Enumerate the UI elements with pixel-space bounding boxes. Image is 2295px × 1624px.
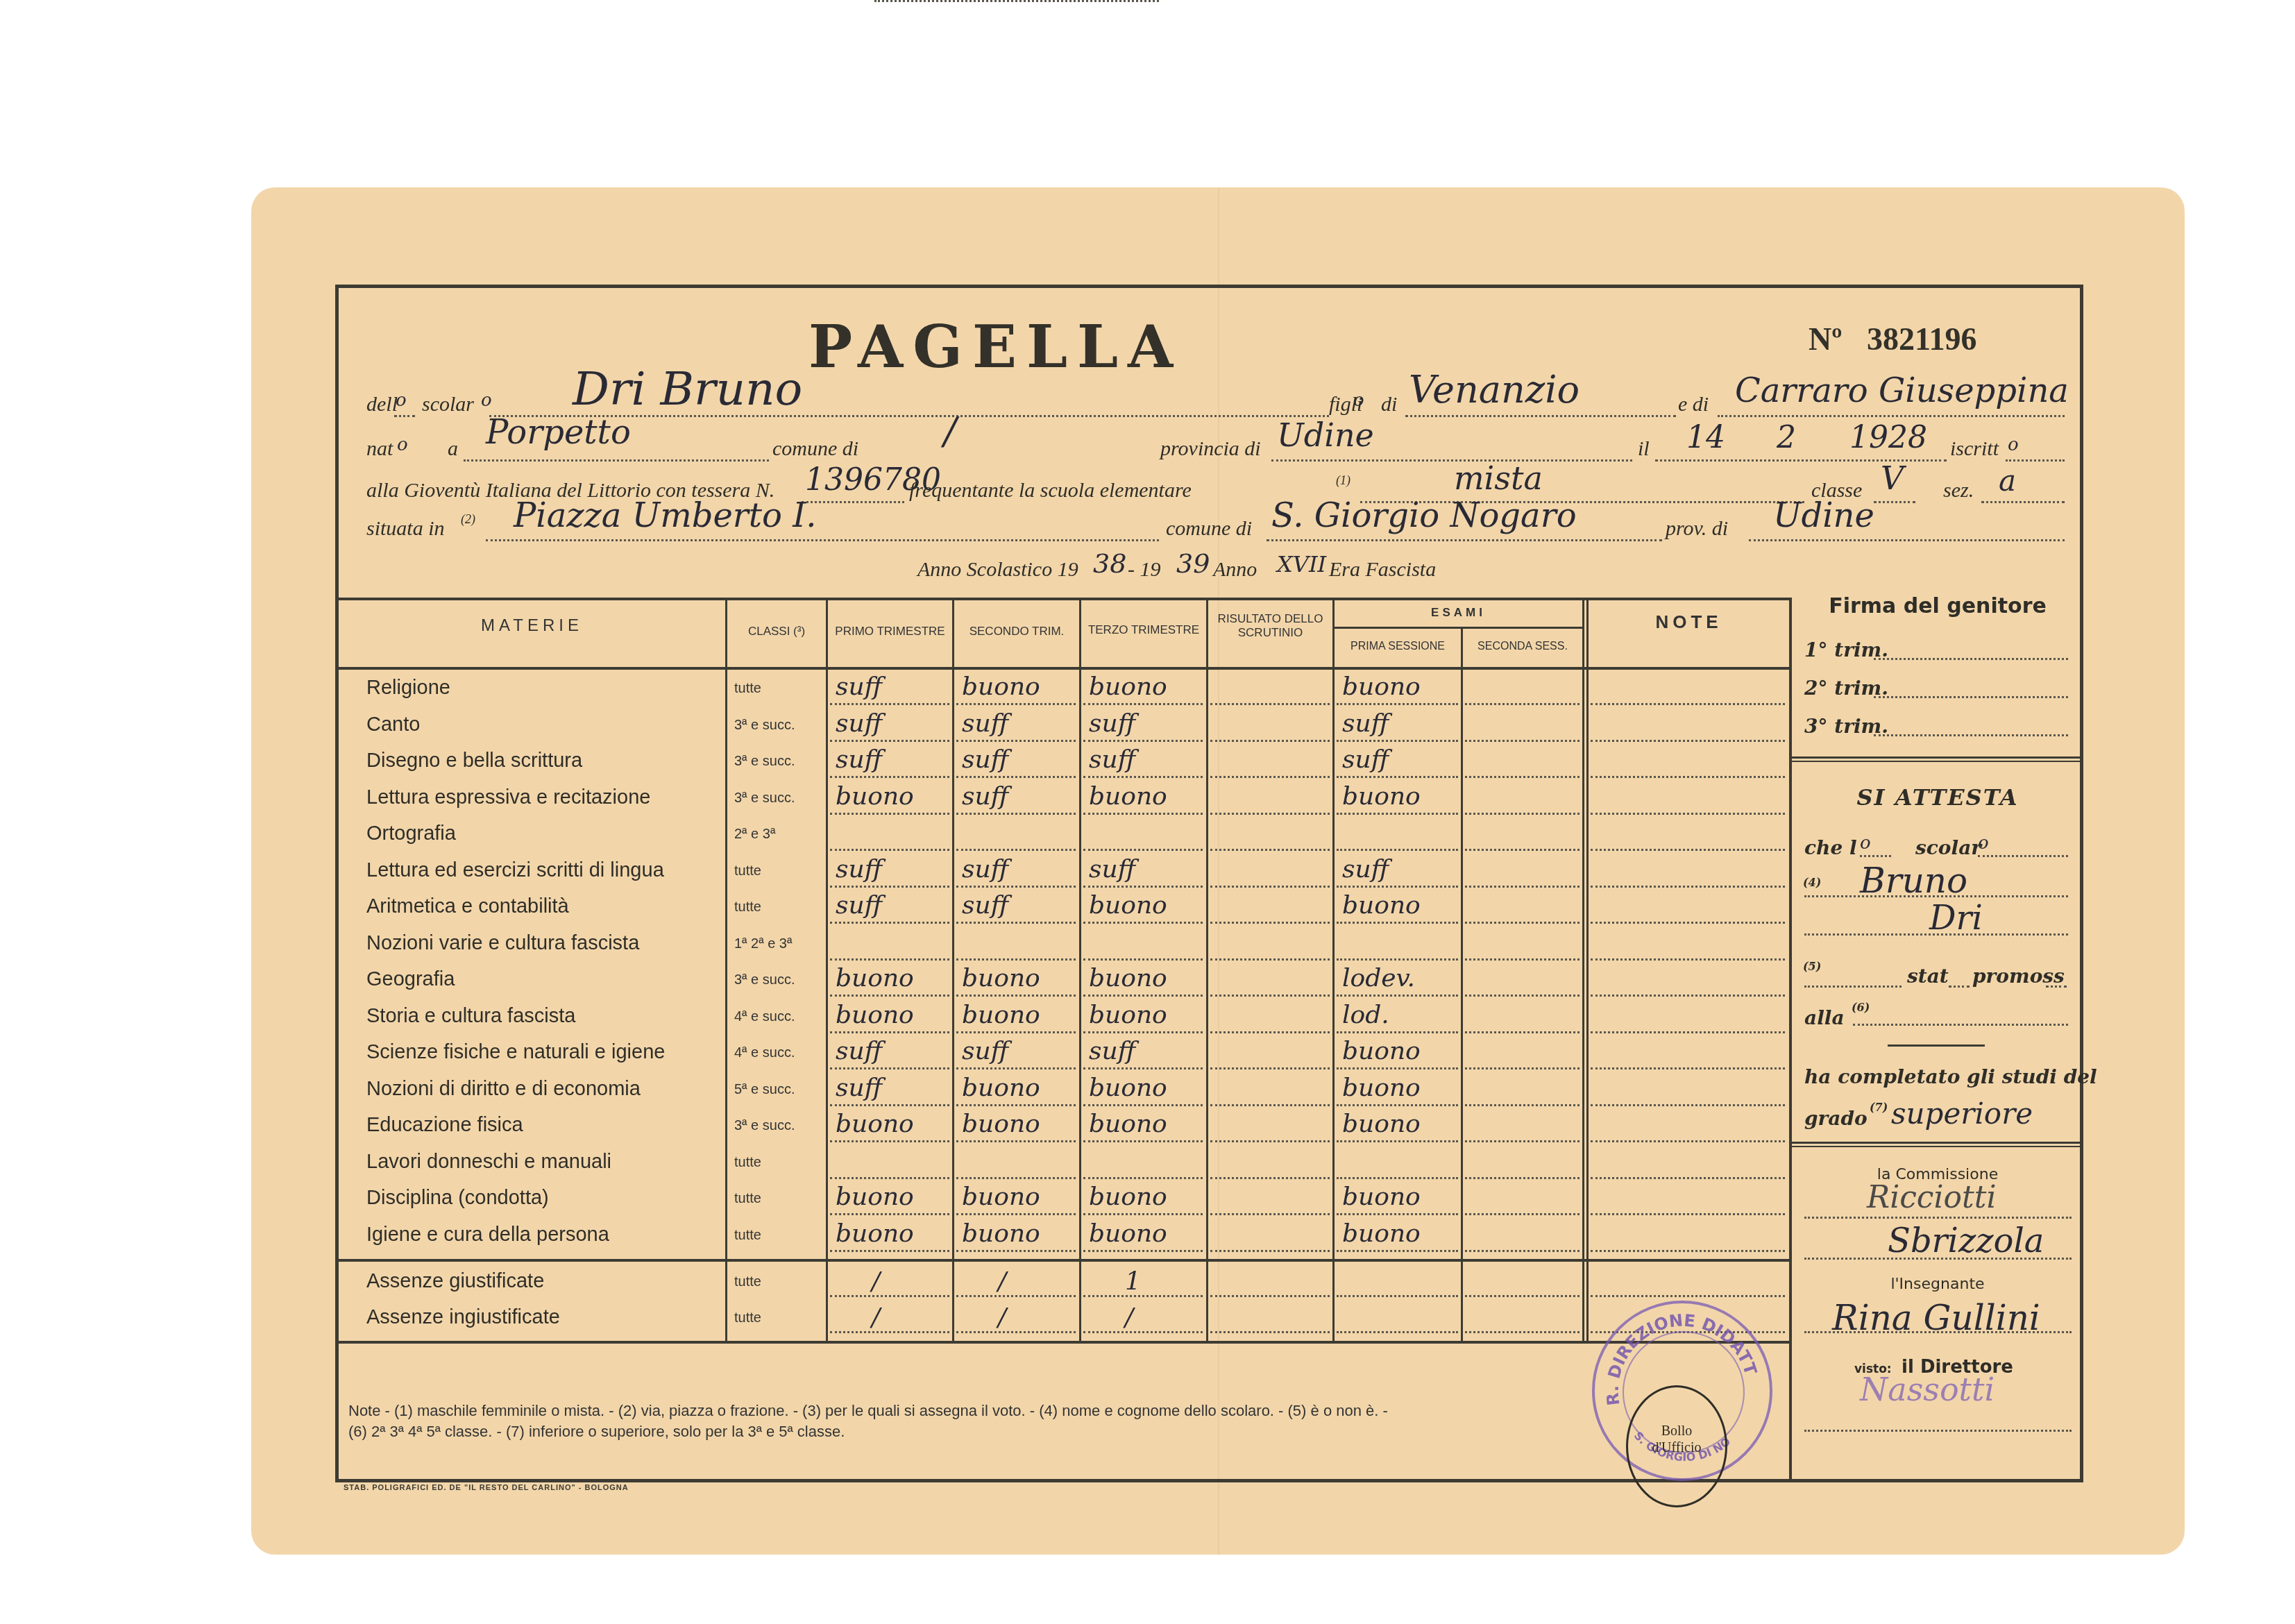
promoss-label: promoss <box>1972 965 2065 988</box>
subject-classes: tutte <box>734 899 761 915</box>
student-name-field[interactable]: Dri Bruno <box>573 362 802 416</box>
grade-cell-secondo[interactable]: suff <box>962 891 1008 920</box>
che-suffix: o <box>1860 833 1871 854</box>
address-field[interactable]: Piazza Umberto I. <box>514 496 816 535</box>
insegnante-label: l'Insegnante <box>1792 1276 2083 1293</box>
firma-genitore-title: Firma del genitore <box>1792 594 2083 618</box>
footnote-4: (4) <box>1803 876 1821 889</box>
subject-name: Ortografia <box>366 822 456 845</box>
subject-name: Igiene e cura della persona <box>366 1224 609 1246</box>
subject-name: Geografia <box>366 968 455 991</box>
grade-cell-terzo[interactable]: buono <box>1089 1001 1167 1029</box>
header-note: NOTE <box>1589 615 1789 629</box>
frequentante-footnote: (1) <box>1336 473 1350 488</box>
subject-classes: tutte <box>734 681 761 697</box>
direttore-signature: Nassotti <box>1860 1371 1995 1408</box>
attesta-last-name[interactable]: Dri <box>1929 899 1983 938</box>
nat-label: nat <box>366 437 393 461</box>
grade-cell-prima[interactable]: lod. <box>1342 1001 1389 1029</box>
stat-label: stat <box>1907 965 1949 988</box>
father-name-field[interactable]: Venanzio <box>1409 368 1580 412</box>
grade-cell-terzo[interactable]: buono <box>1089 891 1167 920</box>
subject-classes: 5ª e succ. <box>734 1082 795 1098</box>
comune-school-label: comune di <box>1166 517 1252 541</box>
subject-classes: tutte <box>734 863 761 879</box>
absence-cell-secondo[interactable]: / <box>998 1267 1006 1296</box>
subject-name: Disciplina (condotta) <box>366 1187 549 1210</box>
comune-field[interactable]: / <box>944 409 956 453</box>
grado-value[interactable]: superiore <box>1891 1097 2033 1131</box>
era-fascista-label: Era Fascista <box>1329 558 1436 582</box>
grade-cell-secondo[interactable]: suff <box>962 709 1008 738</box>
subject-name: Disegno e bella scrittura <box>366 750 582 772</box>
grade-cell-terzo[interactable]: suff <box>1089 709 1135 738</box>
birth-day-field[interactable]: 14 <box>1686 420 1725 455</box>
grade-cell-secondo[interactable]: buono <box>962 1074 1040 1102</box>
mother-name-field[interactable]: Carraro Giuseppina <box>1735 371 2069 410</box>
grade-cell-secondo[interactable]: buono <box>962 1110 1040 1138</box>
prov-field[interactable]: Udine <box>1773 496 1874 535</box>
grade-cell-terzo[interactable]: buono <box>1089 1110 1167 1138</box>
anno-scolastico-label: Anno Scolastico 19 <box>917 558 1078 582</box>
header-classi: CLASSI (³) <box>727 625 826 638</box>
grade-cell-secondo[interactable]: buono <box>962 1183 1040 1211</box>
grade-cell-secondo[interactable]: buono <box>962 964 1040 992</box>
grade-cell-primo[interactable]: suff <box>836 855 882 883</box>
subject-name: Canto <box>366 713 420 736</box>
grade-cell-secondo[interactable]: suff <box>962 855 1008 883</box>
grade-cell-primo[interactable]: suff <box>836 673 882 701</box>
absence-cell-primo[interactable]: / <box>872 1267 880 1296</box>
grade-cell-primo[interactable]: buono <box>836 1110 914 1138</box>
alla-field[interactable] <box>1853 1024 2068 1026</box>
grade-cell-prima[interactable]: buono <box>1342 1037 1421 1065</box>
si-attesta-title: SI ATTESTA <box>1792 784 2083 811</box>
provincia-label: provincia di <box>1160 437 1261 461</box>
document-number: 3821196 <box>1867 321 1976 357</box>
absence-label: Assenze giustificate <box>366 1270 544 1293</box>
grade-cell-secondo[interactable]: buono <box>962 1219 1040 1248</box>
alla-label: alla <box>1804 1006 1845 1029</box>
anno-fascista-field[interactable]: XVII <box>1277 551 1326 577</box>
subject-name: Lettura espressiva e recitazione <box>366 786 650 809</box>
absence-classes: tutte <box>734 1310 761 1326</box>
figlio-suffix: o <box>1353 390 1364 411</box>
sez-label: sez. <box>1943 479 1974 502</box>
subject-classes: tutte <box>734 1191 761 1207</box>
situata-label: situata in <box>366 517 445 541</box>
subject-classes: 1ª 2ª e 3ª <box>734 936 792 952</box>
bollo-text: Bollo d'Ufficio <box>1626 1423 1727 1456</box>
subject-name: Aritmetica e contabilità <box>366 895 569 918</box>
grade-cell-primo[interactable]: buono <box>836 1183 914 1211</box>
frequentante-label: frequentante la scuola elementare <box>909 479 1192 502</box>
subject-classes: 3ª e succ. <box>734 754 795 770</box>
subject-classes: 3ª e succ. <box>734 718 795 734</box>
header-prima-sessione: PRIMA SESSIONE <box>1335 640 1461 654</box>
di-label: di <box>1381 393 1397 416</box>
subject-classes: tutte <box>734 1155 761 1171</box>
grade-cell-terzo[interactable]: suff <box>1089 855 1135 883</box>
grade-cell-terzo[interactable]: buono <box>1089 673 1167 701</box>
grade-cell-terzo[interactable]: buono <box>1089 782 1167 811</box>
e-di-label: e di <box>1678 393 1709 416</box>
dell-label: dell <box>366 393 398 416</box>
a-label: a <box>448 437 458 461</box>
grade-cell-primo[interactable]: suff <box>836 1037 882 1065</box>
subject-name: Religione <box>366 677 450 700</box>
grade-cell-secondo[interactable]: suff <box>962 745 1008 774</box>
scolar-attesta-label: scolar <box>1915 836 1981 859</box>
grade-cell-prima[interactable]: suff <box>1342 745 1389 774</box>
header-materie: MATERIE <box>339 619 725 633</box>
trim2-signature-line[interactable] <box>1874 696 2068 698</box>
subject-classes: 2ª e 3ª <box>734 827 775 843</box>
subject-classes: 3ª e succ. <box>734 1118 795 1134</box>
absence-cell-primo[interactable]: / <box>872 1303 880 1332</box>
grade-cell-prima[interactable]: buono <box>1342 1110 1421 1138</box>
provincia-field[interactable]: Udine <box>1277 416 1374 454</box>
iscritt-suffix: o <box>2008 434 2019 455</box>
grade-cell-primo[interactable]: buono <box>836 1001 914 1029</box>
grade-cell-secondo[interactable]: suff <box>962 1037 1008 1065</box>
grade-cell-primo[interactable]: buono <box>836 1219 914 1248</box>
subject-name: Nozioni di diritto e di economia <box>366 1078 641 1101</box>
grade-cell-terzo[interactable]: buono <box>1089 1219 1167 1248</box>
grade-cell-secondo[interactable]: suff <box>962 782 1008 811</box>
subject-name: Nozioni varie e cultura fascista <box>366 932 639 955</box>
comune-school-field[interactable]: S. Giorgio Nogaro <box>1271 496 1577 535</box>
header-terzo-trimestre: TERZO TRIMESTRE <box>1081 623 1206 637</box>
sez-field[interactable]: a <box>1999 464 2016 498</box>
grade-cell-primo[interactable]: suff <box>836 745 882 774</box>
commissione-signature-1: Ricciotti <box>1867 1180 1996 1215</box>
subject-name: Scienze fisiche e naturali e igiene <box>366 1041 665 1064</box>
comune-label: comune di <box>772 437 858 461</box>
grade-cell-primo[interactable]: suff <box>836 1074 882 1102</box>
header-secondo-trim: SECONDO TRIM. <box>954 625 1079 638</box>
grade-cell-terzo[interactable]: buono <box>1089 964 1167 992</box>
grade-cell-terzo[interactable]: buono <box>1089 1183 1167 1211</box>
che-label: che l <box>1804 836 1857 859</box>
subject-classes: tutte <box>734 1228 761 1244</box>
year-start-field[interactable]: 38 <box>1093 548 1126 579</box>
classe-field[interactable]: V <box>1881 459 1904 497</box>
iscritt-label: iscritt <box>1950 437 1999 461</box>
situata-footnote: (2) <box>461 512 475 527</box>
bollo-line1: Bollo <box>1626 1423 1727 1439</box>
grade-cell-primo[interactable]: buono <box>836 964 914 992</box>
subject-name: Storia e cultura fascista <box>366 1005 575 1028</box>
grade-cell-primo[interactable]: suff <box>836 709 882 738</box>
grade-cell-prima[interactable]: buono <box>1342 1183 1421 1211</box>
school-type-field[interactable]: mista <box>1454 459 1543 497</box>
header-esami: ESAMI <box>1335 606 1582 620</box>
subject-classes: 4ª e succ. <box>734 1045 795 1061</box>
grade-cell-prima[interactable]: suff <box>1342 709 1389 738</box>
absence-cell-secondo[interactable]: / <box>998 1303 1006 1332</box>
footnote-7: (7) <box>1870 1101 1888 1114</box>
grade-cell-secondo[interactable]: buono <box>962 673 1040 701</box>
absence-cell-terzo[interactable]: 1 <box>1125 1267 1141 1296</box>
birthplace-field[interactable]: Porpetto <box>486 413 631 452</box>
grade-cell-secondo[interactable]: buono <box>962 1001 1040 1029</box>
footnote-6: (6) <box>1852 1001 1870 1014</box>
subject-name: Lavori donneschi e manuali <box>366 1151 611 1174</box>
grade-cell-prima[interactable]: lodev. <box>1342 964 1415 992</box>
grade-cell-prima[interactable]: buono <box>1342 673 1421 701</box>
subject-name: Educazione fisica <box>366 1114 523 1137</box>
trim3-signature-line[interactable] <box>1874 734 2068 736</box>
completato-label: ha completato gli studi del <box>1804 1065 2097 1088</box>
printer-imprint: STAB. POLIGRAFICI ED. DE "IL RESTO DEL C… <box>344 1484 629 1492</box>
bollo-line2: d'Ufficio <box>1626 1439 1727 1456</box>
dell-suffix: o <box>396 390 407 411</box>
grade-cell-primo[interactable]: buono <box>836 782 914 811</box>
subject-classes: 3ª e succ. <box>734 972 795 988</box>
absence-classes: tutte <box>734 1274 761 1290</box>
il-label: il <box>1638 437 1650 461</box>
birth-month-field[interactable]: 2 <box>1777 420 1796 455</box>
subject-classes: 4ª e succ. <box>734 1009 795 1025</box>
prov-label: prov. di <box>1666 517 1728 541</box>
grado-label: grado <box>1804 1107 1868 1130</box>
grade-cell-terzo[interactable]: suff <box>1089 745 1135 774</box>
grade-cell-prima[interactable]: buono <box>1342 782 1421 811</box>
year-dash: - 19 <box>1128 558 1161 582</box>
footnotes-line-2: (6) 2ª 3ª 4ª 5ª classe. - (7) inferiore … <box>348 1423 845 1441</box>
scolar-suffix: o <box>481 390 492 411</box>
grade-cell-prima[interactable]: buono <box>1342 1219 1421 1248</box>
absence-label: Assenze ingiustificate <box>366 1306 560 1329</box>
grade-cell-terzo[interactable]: suff <box>1089 1037 1135 1065</box>
birth-year-field[interactable]: 1928 <box>1849 420 1927 455</box>
absence-cell-terzo[interactable]: / <box>1125 1303 1133 1332</box>
footnote-5: (5) <box>1803 960 1821 973</box>
grade-cell-prima[interactable]: buono <box>1342 1074 1421 1102</box>
header-risultato-scrutinio: RISULTATO DELLO SCRUTINIO <box>1208 612 1332 640</box>
footnotes-line-1: Note - (1) maschile femminile o mista. -… <box>348 1402 1388 1420</box>
grade-cell-terzo[interactable]: buono <box>1089 1074 1167 1102</box>
document-number-label: Nº <box>1809 321 1842 357</box>
subject-name: Lettura ed esercizi scritti di lingua <box>366 859 664 882</box>
scolar-label: scolar <box>422 393 474 416</box>
anno-label: Anno <box>1213 558 1257 582</box>
nat-suffix: o <box>397 434 408 455</box>
commissione-signature-2: Sbrizzola <box>1888 1221 2044 1260</box>
document-title: PAGELLA <box>808 312 1183 381</box>
header-seconda-sessione: SECONDA SESS. <box>1463 640 1582 654</box>
header-primo-trimestre: PRIMO TRIMESTRE <box>828 625 952 638</box>
year-end-field[interactable]: 39 <box>1176 548 1210 579</box>
trim1-signature-line[interactable] <box>1874 658 2068 660</box>
grade-cell-prima[interactable]: buono <box>1342 891 1421 920</box>
grade-cell-primo[interactable]: suff <box>836 891 882 920</box>
grade-cell-prima[interactable]: suff <box>1342 855 1389 883</box>
scolar-attesta-suffix: o <box>1978 833 1989 854</box>
subject-classes: 3ª e succ. <box>734 790 795 806</box>
